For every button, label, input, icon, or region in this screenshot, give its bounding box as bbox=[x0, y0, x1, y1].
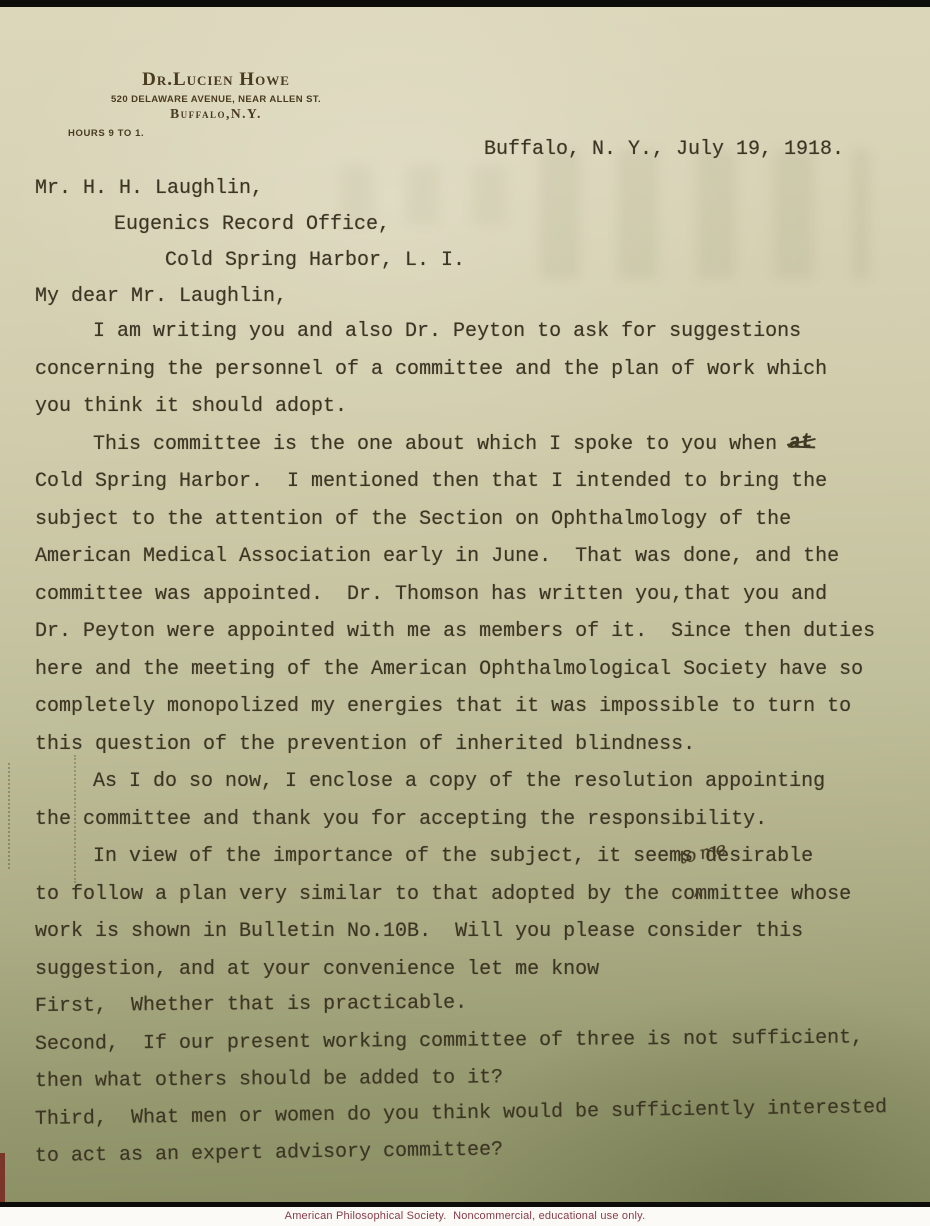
caret-mark: ^ bbox=[693, 878, 702, 916]
body-line: First, Whether that is practicable. bbox=[35, 981, 920, 1025]
body-line: you think it should adopt. bbox=[35, 388, 920, 426]
letterhead-city: Buffalo,N.Y. bbox=[66, 106, 366, 122]
handwritten-insertion: to me bbox=[676, 831, 729, 877]
body-line: American Medical Association early in Ju… bbox=[35, 538, 920, 576]
scan-artifact bbox=[0, 1153, 5, 1209]
letterhead-hours: HOURS 9 TO 1. bbox=[66, 128, 366, 139]
scan-edge-top bbox=[0, 0, 930, 7]
letter-page: Dr.Lucien Howe 520 DELAWARE AVENUE, NEAR… bbox=[0, 7, 930, 1202]
dateline: Buffalo, N. Y., July 19, 1918. bbox=[484, 138, 844, 161]
letter-body: I am writing you and also Dr. Peyton to … bbox=[35, 313, 920, 1176]
letterhead: Dr.Lucien Howe 520 DELAWARE AVENUE, NEAR… bbox=[66, 69, 366, 139]
body-line: As I do so now, I enclose a copy of the … bbox=[35, 763, 920, 801]
recipient-organization: Eugenics Record Office, bbox=[114, 213, 390, 236]
body-line-text: In view of the importance of the subject… bbox=[93, 845, 693, 868]
body-line-text: This committee is the one about which I … bbox=[93, 433, 789, 456]
salutation: My dear Mr. Laughlin, bbox=[35, 285, 287, 308]
recipient-name: Mr. H. H. Laughlin, bbox=[35, 177, 263, 200]
body-line: In view of the importance of the subject… bbox=[35, 838, 920, 876]
body-line: Dr. Peyton were appointed with me as mem… bbox=[35, 613, 920, 651]
body-line: this question of the prevention of inher… bbox=[35, 726, 920, 764]
body-line: work is shown in Bulletin No.10B. Will y… bbox=[35, 913, 920, 951]
bleed-through-stain bbox=[540, 149, 870, 279]
body-line: the committee and thank you for acceptin… bbox=[35, 801, 920, 839]
letterhead-address: 520 DELAWARE AVENUE, NEAR ALLEN ST. bbox=[66, 94, 366, 105]
recipient-address: Cold Spring Harbor, L. I. bbox=[165, 249, 465, 272]
body-line: I am writing you and also Dr. Peyton to … bbox=[35, 313, 920, 351]
body-line: subject to the attention of the Section … bbox=[35, 501, 920, 539]
body-line: completely monopolized my energies that … bbox=[35, 688, 920, 726]
footer-credit: American Philosophical Society. Noncomme… bbox=[0, 1210, 930, 1222]
body-line: Cold Spring Harbor. I mentioned then tha… bbox=[35, 463, 920, 501]
body-line: committee was appointed. Dr. Thomson has… bbox=[35, 576, 920, 614]
letterhead-name: Dr.Lucien Howe bbox=[66, 69, 366, 91]
archive-footer: American Philosophical Society. Noncomme… bbox=[0, 1202, 930, 1226]
body-line: concerning the personnel of a committee … bbox=[35, 351, 920, 389]
body-line: to follow a plan very similar to that ad… bbox=[35, 876, 920, 914]
body-line: This committee is the one about which I … bbox=[35, 426, 920, 464]
margin-mark bbox=[8, 763, 10, 869]
body-line: here and the meeting of the American Oph… bbox=[35, 651, 920, 689]
strikethrough-word: at bbox=[788, 423, 815, 462]
